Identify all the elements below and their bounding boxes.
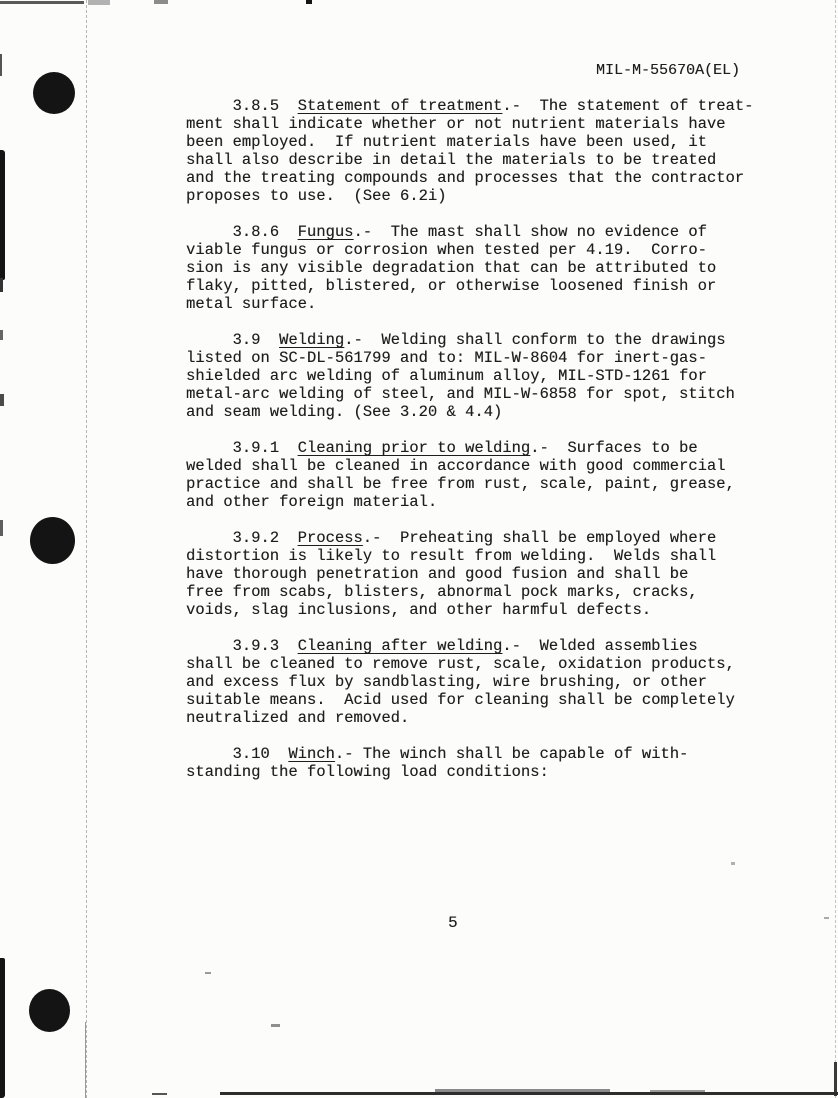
text-line: shielded arc welding of aluminum alloy, … (186, 367, 753, 385)
scan-artifact-edge-blob (0, 958, 5, 1098)
text-line: distortion is likely to result from weld… (186, 547, 753, 565)
section-title: Fungus (298, 223, 354, 241)
scan-artifact-speck (154, 0, 168, 4)
text-line: 3.9 Welding.- Welding shall conform to t… (186, 331, 753, 349)
paragraph-3.10: 3.10 Winch.- The winch shall be capable … (186, 745, 753, 781)
binder-hole (30, 517, 75, 564)
scan-artifact-speck (205, 972, 211, 974)
section-text: .- The mast shall show no evidence of (353, 223, 706, 241)
text-line: ment shall indicate whether or not nutri… (186, 115, 753, 133)
text-line: have thorough penetration and good fusio… (186, 565, 753, 583)
section-number: 3.9.1 (186, 439, 298, 457)
text-line: and other foreign material. (186, 493, 753, 511)
section-number: 3.9.3 (186, 637, 298, 655)
text-line: and excess flux by sandblasting, wire br… (186, 673, 753, 691)
section-number: 3.8.5 (186, 97, 298, 115)
binder-hole (29, 989, 70, 1032)
section-title: Statement of treatment (298, 97, 503, 115)
page-number: 5 (448, 913, 458, 933)
text-line: 3.9.1 Cleaning prior to welding.- Surfac… (186, 439, 753, 457)
scan-artifact-bottom-edge (152, 1093, 167, 1095)
text-line: shall also describe in detail the materi… (186, 151, 753, 169)
text-line: viable fungus or corrosion when tested p… (186, 241, 753, 259)
scan-artifact-bottom-edge (220, 1092, 838, 1095)
text-line: 3.9.3 Cleaning after welding.- Welded as… (186, 637, 753, 655)
paragraph-3.9: 3.9 Welding.- Welding shall conform to t… (186, 331, 753, 421)
text-line: flaky, pitted, blistered, or otherwise l… (186, 277, 753, 295)
section-text: .- Preheating shall be employed where (363, 529, 716, 547)
scan-artifact-edge-blob (0, 150, 5, 280)
text-line: 3.9.2 Process.- Preheating shall be empl… (186, 529, 753, 547)
scan-artifact-speck (271, 1024, 280, 1027)
text-line: free from scabs, blisters, abnormal pock… (186, 583, 753, 601)
section-title: Cleaning after welding (298, 637, 503, 655)
paragraph-3.8.6: 3.8.6 Fungus.- The mast shall show no ev… (186, 223, 753, 313)
section-number: 3.10 (186, 745, 288, 763)
text-line: voids, slag inclusions, and other harmfu… (186, 601, 753, 619)
section-title: Welding (279, 331, 344, 349)
text-line: 3.8.6 Fungus.- The mast shall show no ev… (186, 223, 753, 241)
scan-artifact-bottom-edge (435, 1089, 610, 1092)
paragraph-3.9.1: 3.9.1 Cleaning prior to welding.- Surfac… (186, 439, 753, 511)
scan-artifact-speck (306, 0, 312, 4)
scan-artifact-edge-blob (0, 278, 3, 292)
scanned-page: MIL-M-55670A(EL) 3.8.5 Statement of trea… (0, 0, 838, 1098)
scan-artifact-bottom-edge (650, 1090, 705, 1092)
scan-artifact-fold-line (85, 1022, 86, 1098)
document-id: MIL-M-55670A(EL) (596, 62, 740, 80)
scan-artifact-speck (0, 520, 3, 536)
text-line: 3.8.5 Statement of treatment.- The state… (186, 97, 753, 115)
text-line: sion is any visible degradation that can… (186, 259, 753, 277)
scan-artifact-speck (0, 394, 4, 406)
scan-artifact-top-bar (0, 1, 84, 4)
text-line: standing the following load conditions: (186, 763, 753, 781)
text-line: and seam welding. (See 3.20 & 4.4) (186, 403, 753, 421)
text-line: practice and shall be free from rust, sc… (186, 475, 753, 493)
section-title: Process (298, 529, 363, 547)
document-body: 3.8.5 Statement of treatment.- The state… (186, 97, 753, 799)
paragraph-3.9.2: 3.9.2 Process.- Preheating shall be empl… (186, 529, 753, 619)
scan-artifact-speck (731, 862, 735, 865)
scan-artifact-edge-mark (834, 1062, 837, 1096)
text-line: 3.10 Winch.- The winch shall be capable … (186, 745, 753, 763)
scan-artifact-speck (88, 0, 110, 5)
scan-artifact-page-edge (835, 0, 836, 1098)
scan-artifact-fold-line (86, 0, 87, 1098)
section-text: .- Welding shall conform to the drawings (344, 331, 725, 349)
text-line: and the treating compounds and processes… (186, 169, 753, 187)
section-number: 3.9 (186, 331, 279, 349)
scan-artifact-speck (0, 330, 3, 340)
section-text: .- Surfaces to be (530, 439, 697, 457)
scan-artifact-edge-mark (0, 54, 2, 76)
text-line: proposes to use. (See 6.2i) (186, 187, 753, 205)
section-title: Cleaning prior to welding (298, 439, 531, 457)
section-text: .- The winch shall be capable of with- (335, 745, 688, 763)
scan-artifact-speck (824, 917, 829, 919)
text-line: welded shall be cleaned in accordance wi… (186, 457, 753, 475)
text-line: metal-arc welding of steel, and MIL-W-68… (186, 385, 753, 403)
paragraph-3.8.5: 3.8.5 Statement of treatment.- The state… (186, 97, 753, 205)
paragraph-3.9.3: 3.9.3 Cleaning after welding.- Welded as… (186, 637, 753, 727)
text-line: suitable means. Acid used for cleaning s… (186, 691, 753, 709)
text-line: neutralized and removed. (186, 709, 753, 727)
section-number: 3.8.6 (186, 223, 298, 241)
text-line: listed on SC-DL-561799 and to: MIL-W-860… (186, 349, 753, 367)
section-title: Winch (288, 745, 335, 763)
binder-hole (33, 72, 75, 114)
text-line: metal surface. (186, 295, 753, 313)
text-line: shall be cleaned to remove rust, scale, … (186, 655, 753, 673)
section-text: .- The statement of treat- (502, 97, 753, 115)
text-line: been employed. If nutrient materials hav… (186, 133, 753, 151)
section-text: .- Welded assemblies (502, 637, 697, 655)
section-number: 3.9.2 (186, 529, 298, 547)
